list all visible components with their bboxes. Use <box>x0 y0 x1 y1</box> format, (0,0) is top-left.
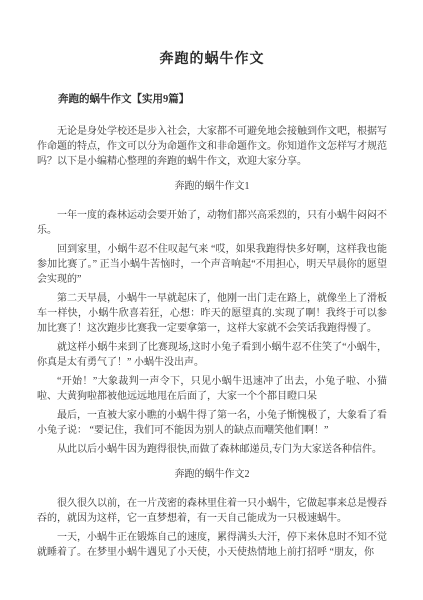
section-2-paragraph: 很久很久以前，在一片茂密的森林里住着一只小蜗牛，它做起事来总是慢吞吞的，就因为这… <box>37 496 387 526</box>
section-1-paragraph: “开始！”大象裁判一声令下，只见小蜗牛迅速冲了出去，小兔子啦、小猫啦、大黄狗啦都… <box>37 374 387 404</box>
section-2-heading: 奔跑的蜗牛作文2 <box>37 467 387 482</box>
document-title: 奔跑的蜗牛作文 <box>37 50 387 69</box>
section-1-paragraph: 第二天早晨，小蜗牛一早就起床了，他刚一出门走在路上，就像坐上了滑板车一样快，小蜗… <box>37 291 387 336</box>
section-2-paragraph: 一天，小蜗牛正在锻炼自己的速度，累得满头大汗，停下来休息时不知不觉就睡着了。在梦… <box>37 530 387 560</box>
section-1-heading: 奔跑的蜗牛作文1 <box>37 179 387 194</box>
section-1-paragraph: 最后，一直被大家小瞧的小蜗牛得了第一名，小兔子惭愧极了，大象看了看小兔子说： “… <box>37 408 387 438</box>
section-1-paragraph: 就这样小蜗牛来到了比赛现场,这时小兔子看到小蜗牛忍不住笑了“小蜗牛，你真是太有勇… <box>37 340 387 370</box>
section-1-paragraph: 回到家里，小蜗牛忍不住叹起气来 “哎，如果我跑得快多好啊，这样我也能参加比赛了。… <box>37 242 387 287</box>
document-body: 奔跑的蜗牛作文 奔跑的蜗牛作文【实用9篇】 无论是身处学校还是步入社会，大家都不… <box>0 0 423 560</box>
intro-paragraph: 无论是身处学校还是步入社会，大家都不可避免地会接触到作文吧，根据写作命题的特点，… <box>37 124 387 169</box>
document-page: 奔跑的蜗牛作文 奔跑的蜗牛作文【实用9篇】 无论是身处学校还是步入社会，大家都不… <box>0 0 423 600</box>
section-1-paragraph: 从此以后小蜗牛因为跑得很快,而做了森林邮递员,专门为大家送各种信件。 <box>37 442 387 457</box>
section-1-paragraph: 一年一度的森林运动会要开始了，动物们都兴高采烈的，只有小蜗牛闷闷不乐。 <box>37 208 387 238</box>
document-subtitle: 奔跑的蜗牛作文【实用9篇】 <box>37 92 387 107</box>
